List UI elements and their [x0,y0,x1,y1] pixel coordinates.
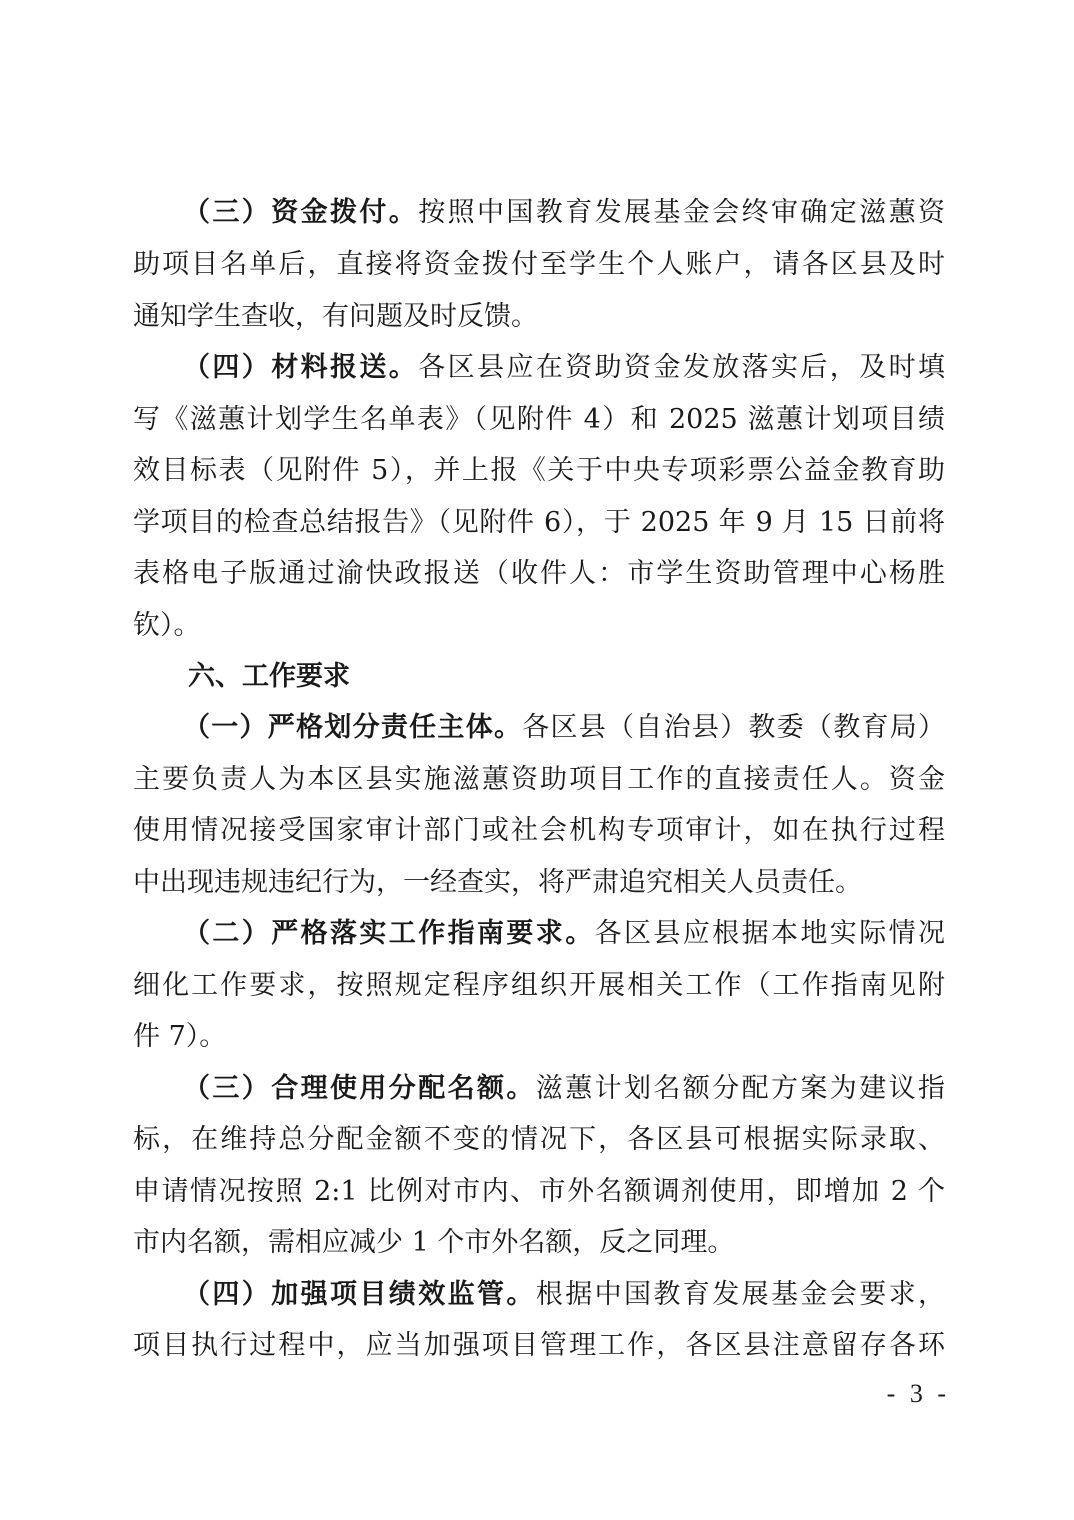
paragraph-guidelines-line-1: （二）严格落实工作指南要求。各区县应根据本地实际情况 [183,914,945,954]
paragraph-lead: （一）严格划分责任主体。 [183,712,522,743]
paragraph-materials-line-3: 效目标表（见附件 5），并上报《关于中央专项彩票公益金教育助 [133,451,945,491]
paragraph-guidelines-line-3: 件 7）。 [133,1017,945,1057]
paragraph-quota-line-2: 标，在维持总分配金额不变的情况下，各区县可根据实际录取、 [133,1120,945,1160]
document-page: （三）资金拨付。按照中国教育发展基金会终审确定滋蕙资 助项目名单后，直接将资金拨… [0,0,1074,1520]
paragraph-performance-line-1: （四）加强项目绩效监管。根据中国教育发展基金会要求， [183,1275,945,1315]
paragraph-responsibility-line-3: 使用情况接受国家审计部门或社会机构专项审计，如在执行过程 [133,811,945,851]
paragraph-funding-line-1: （三）资金拨付。按照中国教育发展基金会终审确定滋蕙资 [183,193,945,233]
paragraph-funding-line-3: 通知学生查收，有问题及时反馈。 [133,297,945,337]
paragraph-materials-line-4: 学项目的检查总结报告》（见附件 6），于 2025 年 9 月 15 日前将 [133,503,945,543]
paragraph-guidelines-line-2: 细化工作要求，按照规定程序组织开展相关工作（工作指南见附 [133,966,945,1006]
paragraph-lead: （二）严格落实工作指南要求。 [183,918,595,949]
paragraph-responsibility-line-4: 中出现违规违纪行为，一经查实，将严肃追究相关人员责任。 [133,863,945,903]
paragraph-quota-line-3: 申请情况按照 2:1 比例对市内、市外名额调剂使用，即增加 2 个 [133,1172,945,1212]
paragraph-materials-line-5: 表格电子版通过渝快政报送（收件人：市学生资助管理中心杨胜 [133,554,945,594]
paragraph-quota-line-4: 市内名额，需相应减少 1 个市外名额，反之同理。 [133,1223,945,1263]
paragraph-lead: （四）材料报送。 [183,352,418,383]
paragraph-responsibility-line-2: 主要负责人为本区县实施滋蕙资助项目工作的直接责任人。资金 [133,760,945,800]
page-number: - 3 - [880,1376,950,1412]
paragraph-quota-line-1: （三）合理使用分配名额。滋蕙计划名额分配方案为建议指 [183,1069,945,1109]
paragraph-performance-line-2: 项目执行过程中，应当加强项目管理工作，各区县注意留存各环 [133,1326,945,1366]
section-heading: 六、工作要求 [188,657,1000,697]
paragraph-materials-line-6: 钦）。 [133,606,945,646]
paragraph-responsibility-line-1: （一）严格划分责任主体。各区县（自治县）教委（教育局） [183,708,945,748]
paragraph-lead: （三）合理使用分配名额。 [183,1073,536,1104]
paragraph-lead: （四）加强项目绩效监管。 [183,1279,536,1310]
paragraph-lead: （三）资金拨付。 [183,197,418,228]
paragraph-funding-line-2: 助项目名单后，直接将资金拨付至学生个人账户，请各区县及时 [133,245,945,285]
paragraph-materials-line-2: 写《滋蕙计划学生名单表》（见附件 4）和 2025 滋蕙计划项目绩 [133,400,945,440]
paragraph-materials-line-1: （四）材料报送。各区县应在资助资金发放落实后，及时填 [183,348,945,388]
